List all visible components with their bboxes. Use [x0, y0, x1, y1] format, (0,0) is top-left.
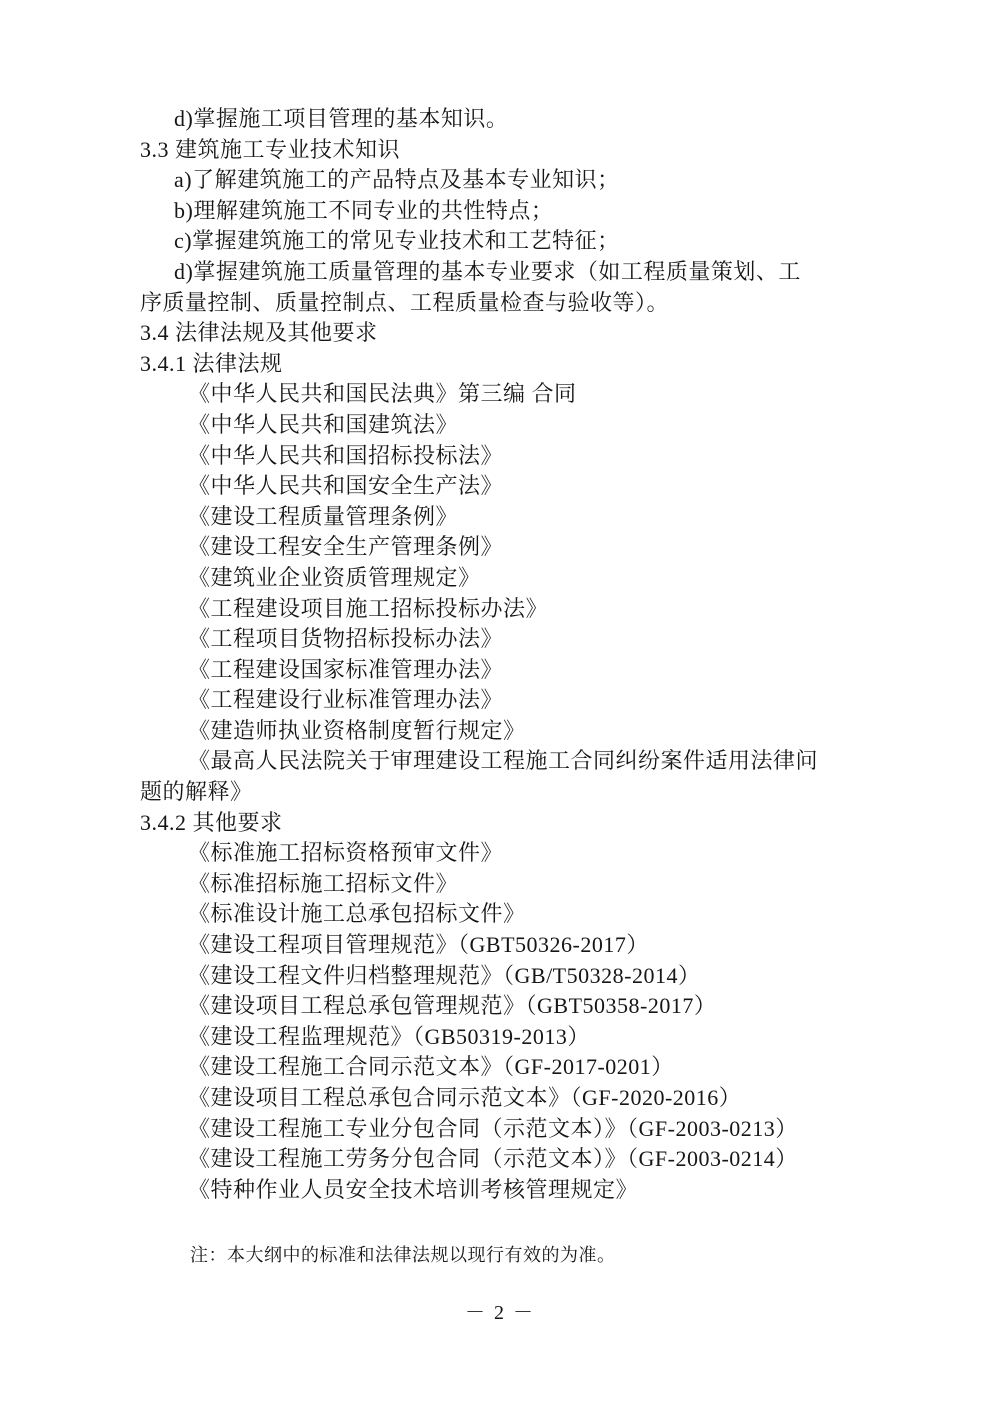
- text-line: 《建设工程项目管理规范》（GBT50326-2017）: [140, 930, 870, 961]
- text-line: 《工程建设项目施工招标投标办法》: [140, 594, 870, 625]
- note-line: 注：本大纲中的标准和法律法规以现行有效的为准。: [140, 1243, 870, 1267]
- text-line: 《建筑业企业资质管理规定》: [140, 563, 870, 594]
- text-line: 《标准招标施工招标文件》: [140, 869, 870, 900]
- text-line: 《工程建设国家标准管理办法》: [140, 655, 870, 686]
- text-line: 《特种作业人员安全技术培训考核管理规定》: [140, 1175, 870, 1206]
- text-line: b)理解建筑施工不同专业的共性特点；: [140, 196, 870, 227]
- text-line: 《标准设计施工总承包招标文件》: [140, 899, 870, 930]
- text-line: 《标准施工招标资格预审文件》: [140, 838, 870, 869]
- text-line: 3.4.2 其他要求: [140, 808, 870, 839]
- text-line: 《工程项目货物招标投标办法》: [140, 624, 870, 655]
- document-page: d)掌握施工项目管理的基本知识。3.3 建筑施工专业技术知识a)了解建筑施工的产…: [0, 0, 1000, 1414]
- text-line: 《中华人民共和国安全生产法》: [140, 471, 870, 502]
- text-line: 《建设工程施工劳务分包合同（示范文本）》（GF-2003-0214）: [140, 1144, 870, 1175]
- text-line: d)掌握施工项目管理的基本知识。: [140, 104, 870, 135]
- page-number: － 2 －: [0, 1296, 1000, 1325]
- text-line: 《中华人民共和国建筑法》: [140, 410, 870, 441]
- text-line: 序质量控制、质量控制点、工程质量检查与验收等）。: [140, 288, 870, 319]
- text-line: 《建设工程施工合同示范文本》（GF-2017-0201）: [140, 1052, 870, 1083]
- text-line: 《建造师执业资格制度暂行规定》: [140, 716, 870, 747]
- text-line: 3.4.1 法律法规: [140, 349, 870, 380]
- text-line: 《建设工程监理规范》（GB50319-2013）: [140, 1022, 870, 1053]
- text-lines: d)掌握施工项目管理的基本知识。3.3 建筑施工专业技术知识a)了解建筑施工的产…: [140, 104, 870, 1205]
- text-line: 《中华人民共和国民法典》第三编 合同: [140, 379, 870, 410]
- text-line: 《中华人民共和国招标投标法》: [140, 441, 870, 472]
- text-line: 《建设项目工程总承包合同示范文本》（GF-2020-2016）: [140, 1083, 870, 1114]
- text-line: 《建设项目工程总承包管理规范》（GBT50358-2017）: [140, 991, 870, 1022]
- text-line: a)了解建筑施工的产品特点及基本专业知识；: [140, 165, 870, 196]
- text-line: 《建设工程施工专业分包合同（示范文本）》（GF-2003-0213）: [140, 1114, 870, 1145]
- text-line: 3.3 建筑施工专业技术知识: [140, 135, 870, 166]
- text-line: 题的解释》: [140, 777, 870, 808]
- text-line: c)掌握建筑施工的常见专业技术和工艺特征；: [140, 226, 870, 257]
- text-line: 《建设工程文件归档整理规范》（GB/T50328-2014）: [140, 961, 870, 992]
- text-line: d)掌握建筑施工质量管理的基本专业要求（如工程质量策划、工: [140, 257, 870, 288]
- text-line: 《建设工程安全生产管理条例》: [140, 532, 870, 563]
- document-body: d)掌握施工项目管理的基本知识。3.3 建筑施工专业技术知识a)了解建筑施工的产…: [140, 104, 870, 1267]
- text-line: 《建设工程质量管理条例》: [140, 502, 870, 533]
- text-line: 《工程建设行业标准管理办法》: [140, 685, 870, 716]
- text-line: 3.4 法律法规及其他要求: [140, 318, 870, 349]
- text-line: 《最高人民法院关于审理建设工程施工合同纠纷案件适用法律问: [140, 746, 870, 777]
